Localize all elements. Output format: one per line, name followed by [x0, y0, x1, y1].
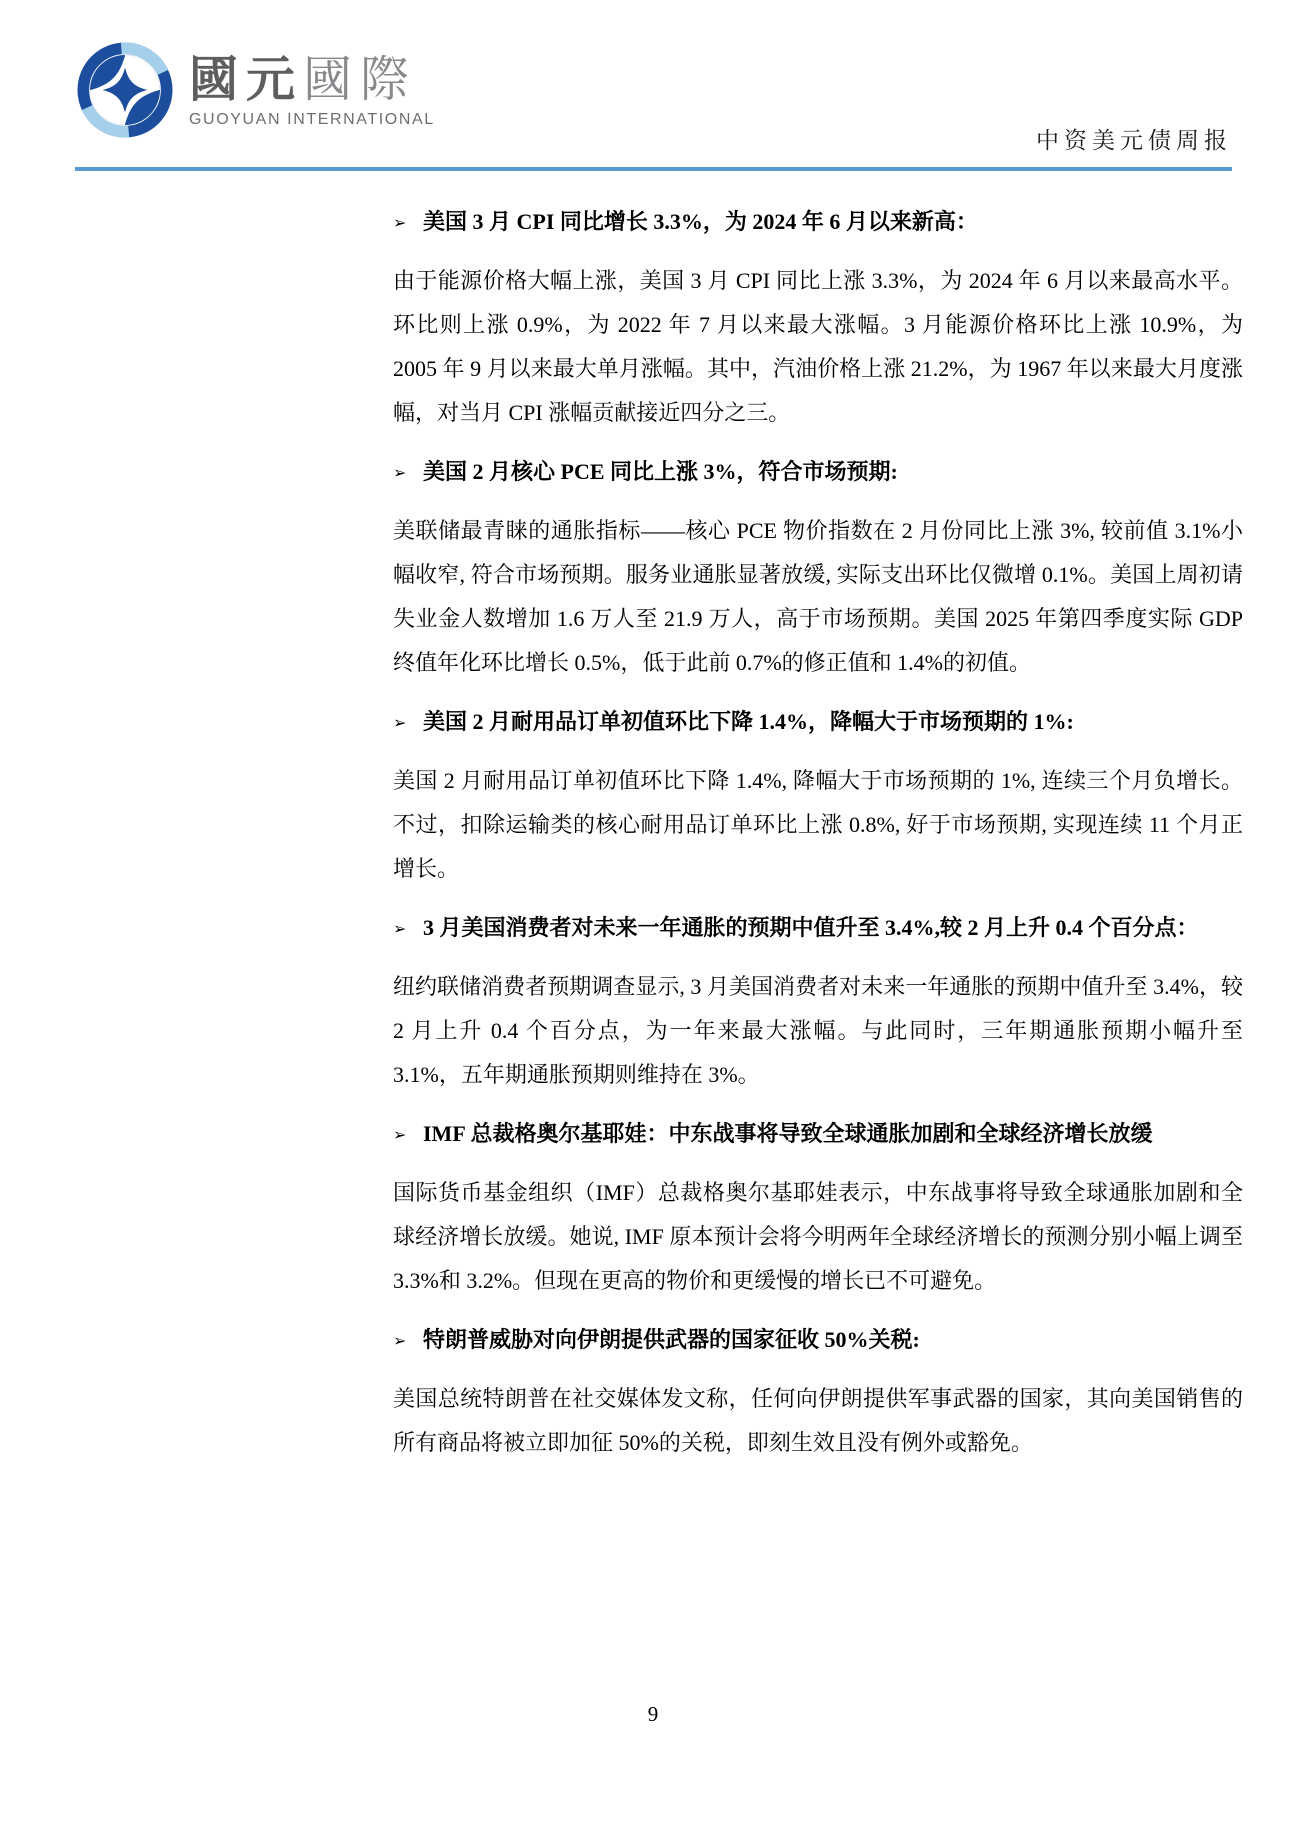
report-page: 國元國際 GUOYUAN INTERNATIONAL 中资美元债周报 ➢美国 3… [0, 0, 1306, 1847]
report-body: ➢美国 3 月 CPI 同比增长 3.3%，为 2024 年 6 月以来新高： … [393, 185, 1243, 1482]
arrow-bullet-icon: ➢ [393, 1115, 406, 1155]
news-section: ➢IMF 总裁格奥尔基耶娃：中东战事将导致全球通胀加剧和全球经济增长放缓 国际货… [393, 1114, 1243, 1303]
section-heading: ➢IMF 总裁格奥尔基耶娃：中东战事将导致全球通胀加剧和全球经济增长放缓 [393, 1114, 1243, 1154]
header-divider-rule [75, 167, 1232, 171]
logo-english-name: GUOYUAN INTERNATIONAL [189, 111, 435, 129]
section-heading: ➢3 月美国消费者对未来一年通胀的预期中值升至 3.4%,较 2 月上升 0.4… [393, 908, 1243, 948]
section-heading-text: 美国 3 月 CPI 同比增长 3.3%，为 2024 年 6 月以来新高： [423, 209, 978, 234]
news-section: ➢美国 2 月核心 PCE 同比上涨 3%，符合市场预期: 美联储最青睐的通胀指… [393, 452, 1243, 685]
section-body: 美联储最青睐的通胀指标——核心 PCE 物价指数在 2 月份同比上涨 3%, 较… [393, 509, 1243, 685]
arrow-bullet-icon: ➢ [393, 203, 406, 243]
news-section: ➢特朗普威胁对向伊朗提供武器的国家征收 50%关税: 美国总统特朗普在社交媒体发… [393, 1320, 1243, 1465]
page-footer: 9 [0, 1702, 1306, 1727]
report-type-label: 中资美元债周报 [1036, 122, 1232, 155]
news-section: ➢美国 2 月耐用品订单初值环比下降 1.4%，降幅大于市场预期的 1%: 美国… [393, 702, 1243, 891]
section-heading: ➢美国 3 月 CPI 同比增长 3.3%，为 2024 年 6 月以来新高： [393, 202, 1243, 242]
section-body: 国际货币基金组织（IMF）总裁格奥尔基耶娃表示，中东战事将导致全球通胀加剧和全球… [393, 1171, 1243, 1303]
arrow-bullet-icon: ➢ [393, 1321, 406, 1361]
arrow-bullet-icon: ➢ [393, 453, 406, 493]
arrow-bullet-icon: ➢ [393, 909, 406, 949]
section-heading: ➢美国 2 月耐用品订单初值环比下降 1.4%，降幅大于市场预期的 1%: [393, 702, 1243, 742]
guoyuan-logo-icon [75, 40, 175, 140]
section-heading: ➢美国 2 月核心 PCE 同比上涨 3%，符合市场预期: [393, 452, 1243, 492]
news-section: ➢3 月美国消费者对未来一年通胀的预期中值升至 3.4%,较 2 月上升 0.4… [393, 908, 1243, 1097]
logo-zh-bold: 國元 [189, 53, 303, 107]
section-heading-text: 美国 2 月耐用品订单初值环比下降 1.4%，降幅大于市场预期的 1%: [423, 709, 1074, 734]
section-heading-text: IMF 总裁格奥尔基耶娃：中东战事将导致全球通胀加剧和全球经济增长放缓 [423, 1121, 1152, 1146]
section-heading: ➢特朗普威胁对向伊朗提供武器的国家征收 50%关税: [393, 1320, 1243, 1360]
section-body: 美国总统特朗普在社交媒体发文称，任何向伊朗提供军事武器的国家，其向美国销售的所有… [393, 1377, 1243, 1465]
page-number: 9 [648, 1702, 659, 1726]
logo-wordmark: 國元國際 GUOYUAN INTERNATIONAL [189, 40, 435, 129]
section-heading-text: 美国 2 月核心 PCE 同比上涨 3%，符合市场预期: [423, 459, 898, 484]
news-section: ➢美国 3 月 CPI 同比增长 3.3%，为 2024 年 6 月以来新高： … [393, 202, 1243, 435]
section-body: 纽约联储消费者预期调查显示, 3 月美国消费者对未来一年通胀的预期中值升至 3.… [393, 965, 1243, 1097]
section-heading-text: 特朗普威胁对向伊朗提供武器的国家征收 50%关税: [423, 1327, 920, 1352]
page-header: 國元國際 GUOYUAN INTERNATIONAL 中资美元债周报 [75, 40, 1232, 170]
section-heading-text: 3 月美国消费者对未来一年通胀的预期中值升至 3.4%,较 2 月上升 0.4 … [423, 915, 1199, 940]
arrow-bullet-icon: ➢ [393, 703, 406, 743]
section-body: 由于能源价格大幅上涨，美国 3 月 CPI 同比上涨 3.3%，为 2024 年… [393, 259, 1243, 435]
logo-zh-light: 國際 [303, 53, 417, 107]
section-body: 美国 2 月耐用品订单初值环比下降 1.4%, 降幅大于市场预期的 1%, 连续… [393, 759, 1243, 891]
logo-chinese-name: 國元國際 [189, 54, 435, 106]
